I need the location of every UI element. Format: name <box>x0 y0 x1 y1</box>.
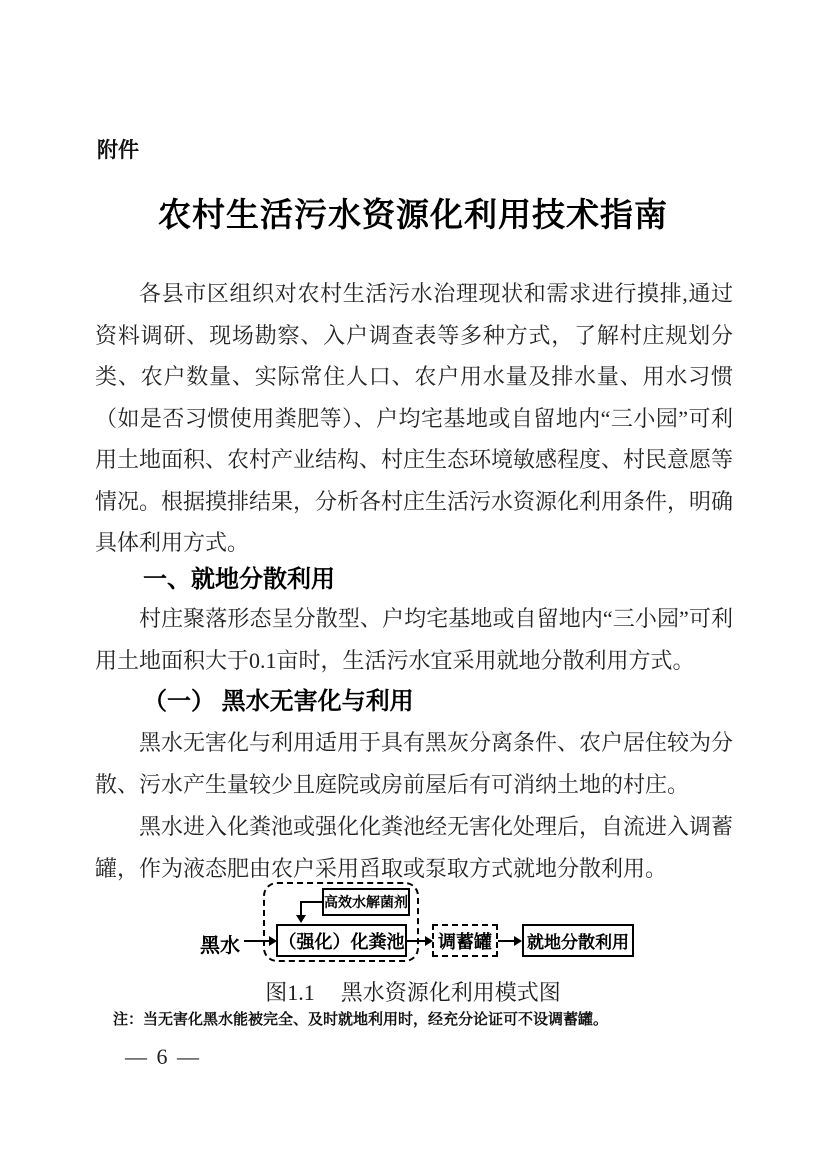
attachment-label: 附件 <box>97 134 139 164</box>
arrow-septic-to-storage <box>407 940 425 942</box>
arrowhead-agent-to-septic <box>296 915 306 923</box>
section-1-paragraph: 村庄聚落形态呈分散型、户均宅基地或自留地内“三小园”可利用土地面积大于0.1亩时… <box>95 598 733 681</box>
arrow-input-to-septic <box>244 940 269 942</box>
intro-paragraph: 各县市区组织对农村生活污水治理现状和需求进行摸排,通过资料调研、现场勘察、入户调… <box>95 273 733 564</box>
arrow-storage-to-use <box>498 940 514 942</box>
document-title: 农村生活污水资源化利用技术指南 <box>0 189 826 236</box>
figure-note: 注：当无害化黑水能被完全、及时就地利用时，经充分论证可不设调蓄罐。 <box>113 1008 673 1029</box>
figure-caption-number: 图1.1 <box>265 976 315 1007</box>
subsection-paragraph-1: 黑水无害化与利用适用于具有黑灰分离条件、农户居住较为分散、污水产生量较少且庭院或… <box>95 722 733 805</box>
figure-caption: 图1.1黑水资源化利用模式图 <box>0 976 826 1007</box>
section-heading-1: 一、就地分散利用 <box>95 559 733 601</box>
storage-tank-box: 调蓄罐 <box>432 924 498 957</box>
subsection-paragraph-2: 黑水进入化粪池或强化化粪池经无害化处理后，自流进入调蓄罐，作为液态肥由农户采用舀… <box>95 806 733 889</box>
septic-tank-box: （强化）化粪池 <box>276 924 407 957</box>
figure-input-label: 黑水 <box>200 929 240 958</box>
hydrolysis-agent-box: 高效水解菌剂 <box>322 888 410 916</box>
document-page: 附件 农村生活污水资源化利用技术指南 各县市区组织对农村生活污水治理现状和需求进… <box>0 0 826 1169</box>
page-number: — 6 — <box>125 1044 201 1070</box>
figure-caption-text: 黑水资源化利用模式图 <box>341 980 561 1005</box>
onsite-use-box: 就地分散利用 <box>522 924 634 957</box>
subsection-heading-1-1: （一） 黑水无害化与利用 <box>95 681 733 723</box>
